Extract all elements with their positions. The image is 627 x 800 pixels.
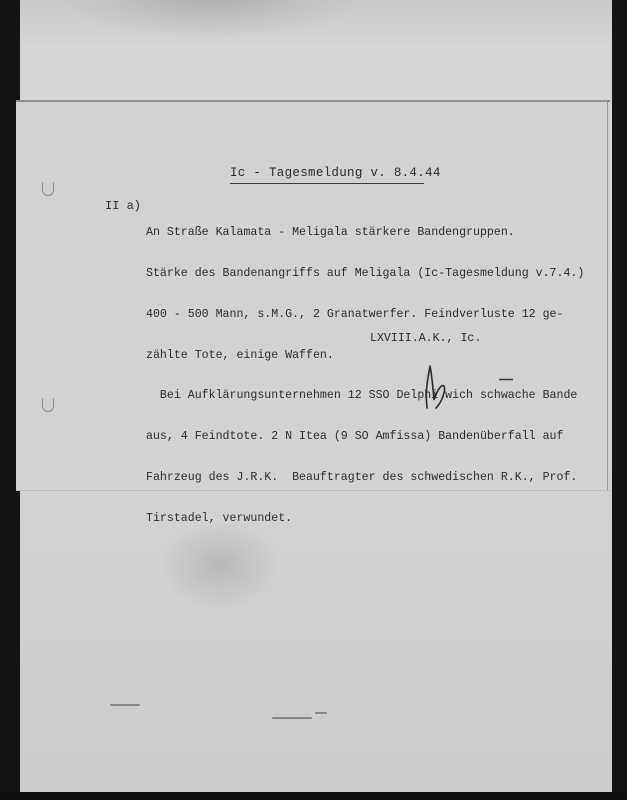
section-marker: II a) — [105, 199, 141, 213]
title-underline — [230, 183, 424, 184]
body-line: An Straße Kalamata - Meligala stärkere B… — [146, 226, 584, 240]
document-title: Ic - Tagesmeldung v. 8.4.44 — [230, 166, 441, 180]
document-page: Ic - Tagesmeldung v. 8.4.44 II a) An Str… — [16, 100, 610, 490]
ink-smear — [272, 717, 312, 719]
ink-smear — [315, 712, 327, 714]
pen-mark-icon — [499, 378, 513, 381]
ink-smear — [110, 704, 140, 706]
body-line: Tirstadel, verwundet. — [146, 512, 584, 526]
body-line: aus, 4 Feindtote. 2 N Itea (9 SO Amfissa… — [146, 430, 584, 444]
issuing-unit: LXVIII.A.K., Ic. — [370, 332, 481, 345]
body-line: 400 - 500 Mann, s.M.G., 2 Granatwerfer. … — [146, 308, 584, 322]
body-line: Stärke des Bandenangriffs auf Meligala (… — [146, 267, 584, 281]
page-edge — [607, 102, 608, 490]
punch-hole-icon — [42, 398, 54, 412]
body-line: zählte Tote, einige Waffen. — [146, 349, 584, 363]
handwritten-signature-icon — [420, 364, 454, 410]
body-line: Bei Aufklärungsunternehmen 12 SSO Delphi… — [146, 389, 584, 403]
scan-border — [0, 792, 627, 800]
report-body: An Straße Kalamata - Meligala stärkere B… — [146, 199, 584, 552]
paper-shadow — [60, 0, 360, 40]
body-line: Fahrzeug des J.R.K. Beauftragter des sch… — [146, 471, 584, 485]
punch-hole-icon — [42, 182, 54, 196]
